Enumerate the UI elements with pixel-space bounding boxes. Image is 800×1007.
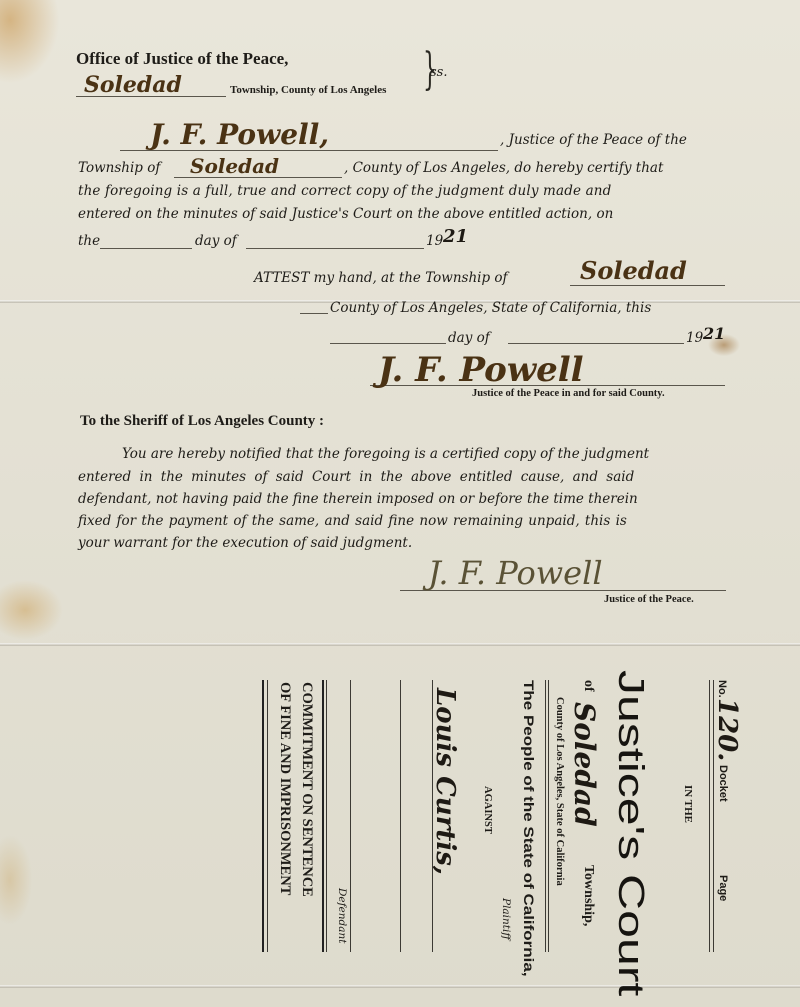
attest-line2: County of Los Angeles, State of Californ… (330, 300, 651, 316)
cert-line4: entered on the minutes of said Justice's… (78, 206, 613, 222)
attest-year-prefix: 19 (686, 330, 703, 346)
sheriff-para-line: your warrant for the execution of said j… (78, 535, 412, 551)
township-suffix: Township, County of Los Angeles (230, 84, 386, 96)
attest-signature: J. F. Powell (378, 350, 584, 390)
docket-township-handwritten: Soledad (568, 702, 601, 827)
township-handwritten: Soledad (84, 72, 182, 98)
document-title-line2: OF FINE AND IMPRISONMENT (276, 682, 293, 895)
paper-fold (0, 643, 800, 646)
docket-panel: No. 120. Docket Page IN THE Justice's Co… (250, 650, 740, 990)
ss-label: ss. (430, 65, 447, 80)
attest-line-lead (300, 313, 328, 314)
in-the-label: IN THE (682, 785, 694, 823)
sheriff-para-line: entered in the minutes of said Court in … (78, 469, 634, 485)
divider-line (548, 680, 549, 952)
month-line (246, 248, 424, 249)
attest-day-of-label: day of (448, 330, 490, 346)
page-label: Page (717, 875, 729, 901)
title-rule (262, 680, 264, 952)
title-rule (322, 680, 324, 952)
attest-signature-caption: Justice of the Peace in and for said Cou… (472, 388, 665, 399)
cert-year-handwritten: 21 (443, 226, 468, 247)
cert-line2-suffix: , County of Los Angeles, do hereby certi… (344, 160, 663, 176)
docket-township-suffix: Township, (580, 865, 596, 926)
justice-name-handwritten: J. F. Powell, (150, 118, 329, 151)
attest-line1: ATTEST my hand, at the Township of (254, 270, 508, 286)
docket-rule (709, 680, 710, 952)
office-title: Office of Justice of the Peace, (76, 49, 288, 69)
sheriff-para-line: You are hereby notified that the foregoi… (122, 446, 649, 462)
cert-township-handwritten: Soledad (190, 154, 279, 178)
docket-label: Docket (717, 765, 729, 802)
of-label: of (580, 680, 596, 692)
cert-year-prefix: 19 (426, 233, 443, 249)
attest-day-line (330, 343, 446, 344)
attest-township-line (570, 285, 725, 286)
sheriff-heading: To the Sheriff of Los Angeles County : (80, 413, 324, 430)
cert-the-label: the (78, 233, 100, 249)
docket-number-handwritten: 120. (712, 698, 742, 761)
plaintiff-label: Plaintiff (500, 898, 512, 940)
docket-no-label: No. (716, 680, 728, 698)
attest-township-handwritten: Soledad (580, 256, 687, 285)
cert-line2-prefix: Township of (78, 160, 160, 176)
defendant-handwritten: Louis Curtis, (430, 688, 460, 875)
against-label: AGAINST (482, 786, 493, 834)
court-title: Justice's Court (610, 670, 652, 996)
sheriff-para-line: fixed for the payment of the same, and s… (78, 513, 627, 529)
document-title-line1: COMMITMENT ON SENTENCE (298, 682, 315, 897)
title-rule (326, 680, 327, 952)
sheriff-signature: J. F. Powell (428, 554, 603, 592)
cert-day-of-label: day of (195, 233, 237, 249)
attest-year-handwritten: 21 (703, 324, 725, 343)
title-rule (267, 680, 268, 952)
attest-month-line (508, 343, 684, 344)
sheriff-para-line: defendant, not having paid the fine ther… (78, 491, 638, 507)
blank-line (400, 680, 401, 952)
blank-line (350, 680, 351, 952)
cert-line1: , Justice of the Peace of the (500, 132, 687, 148)
plaintiff-name: The People of the State of California, (520, 680, 536, 977)
defendant-label: Defendant (336, 888, 348, 943)
cert-line3: the foregoing is a full, true and correc… (78, 183, 611, 199)
sheriff-signature-caption: Justice of the Peace. (604, 594, 694, 605)
day-line (100, 248, 192, 249)
county-state: County of Los Angeles, State of Californ… (554, 697, 565, 886)
divider-line (545, 680, 546, 952)
